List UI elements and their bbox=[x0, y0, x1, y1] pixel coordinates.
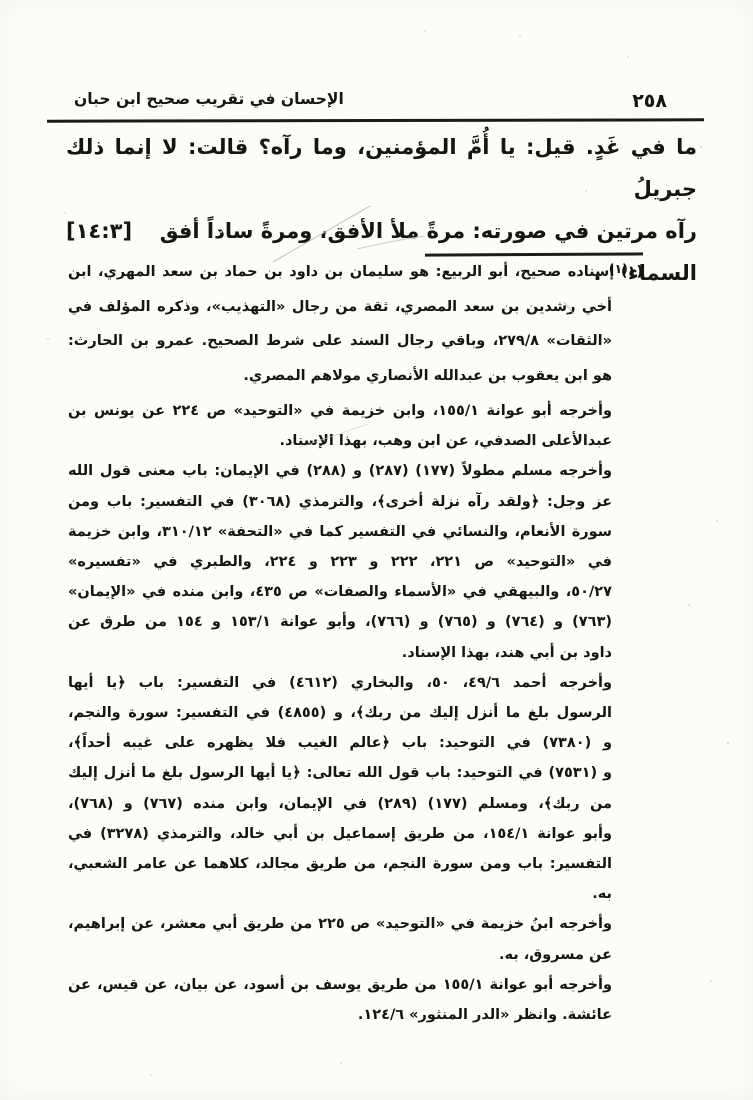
footnote-line: و (٧٣٨٠) في التوحيد: باب ﴿عالم الغيب فلا… bbox=[68, 728, 612, 758]
footnote-line: عن مسروق، به. bbox=[68, 940, 612, 970]
footnote-block: (١) إسناده صحيح، أبو الربيع: هو سليمان ب… bbox=[68, 255, 643, 1030]
footnote-line: و (٧٥٣١) في التوحيد: باب قول الله تعالى:… bbox=[68, 758, 612, 788]
footnote-line: عز وجل: ﴿ولقد رآه نزلة أخرى﴾، والترمذي (… bbox=[68, 487, 612, 517]
footnote-paragraph-3: وأخرجه مسلم مطولاً (١٧٧) (٢٨٧) و (٢٨٨) ف… bbox=[68, 456, 612, 667]
footnote-paragraph-5: وأخرجه ابنُ خزيمة في «التوحيد» ص ٢٢٥ من … bbox=[68, 909, 612, 969]
footnote-paragraph-2: وأخرجه أبو عوانة ١٥٥/١، وابن خزيمة في «ا… bbox=[68, 396, 612, 456]
footnote-line: وأخرجه مسلم مطولاً (١٧٧) (٢٨٧) و (٢٨٨) ف… bbox=[68, 456, 612, 486]
footnote-line: من ربك﴾، ومسلم (١٧٧) (٢٨٩) في الإيمان، و… bbox=[68, 789, 612, 819]
footnote-line: سورة الأنعام، والنسائي في التفسير كما في… bbox=[68, 517, 612, 547]
book-page: الإحسان في تقريب صحيح ابن حبان ٢٥٨ ما في… bbox=[0, 0, 753, 1100]
running-title: الإحسان في تقريب صحيح ابن حبان bbox=[74, 90, 344, 108]
footnote-line: وأخرجه أبو عوانة ١٥٥/١، وابن خزيمة في «ا… bbox=[68, 396, 612, 426]
footnote-line: «الثقات» ٢٧٩/٨، وباقي رجال السند على شرط… bbox=[68, 324, 612, 359]
page-number: ٢٥٨ bbox=[632, 90, 667, 112]
footnote-line: في «التوحيد» ص ٢٢١، ٢٢٢ و ٢٢٣ و ٢٢٤، وال… bbox=[68, 547, 612, 577]
footnote-line: به. bbox=[68, 879, 612, 909]
hadith-line-1: ما في غَدٍ. قيل: يا أُمَّ المؤمنين، وما … bbox=[66, 126, 697, 210]
footnote-line: عبدالأعلى الصدفي، عن ابن وهب، بهذا الإسن… bbox=[68, 426, 612, 456]
footnote-line: عائشة. وانظر «الدر المنثور» ١٢٤/٦. bbox=[68, 1000, 612, 1030]
footnote-paragraph-6: وأخرجه أبو عوانة ١٥٥/١ من طريق يوسف بن أ… bbox=[68, 970, 612, 1030]
footnote-line: الرسول بلغ ما أنزل إليك من ربك﴾، و (٤٨٥٥… bbox=[68, 698, 612, 728]
footnote-paragraph-4: وأخرجه أحمد ٤٩/٦، ٥٠، والبخاري (٤٦١٢) في… bbox=[68, 668, 612, 910]
footnote-paragraph-1: (١) إسناده صحيح، أبو الربيع: هو سليمان ب… bbox=[68, 255, 612, 393]
footnote-line: داود بن أبي هند، بهذا الإسناد. bbox=[68, 638, 612, 668]
footnote-line: وأخرجه أحمد ٤٩/٦، ٥٠، والبخاري (٤٦١٢) في… bbox=[68, 668, 612, 698]
hadith-ref-number: [١٤:٣] bbox=[66, 210, 132, 252]
footnote-line: (٧٦٣) و (٧٦٤) و (٧٦٥) و (٧٦٦)، وأبو عوان… bbox=[68, 607, 612, 637]
footnote-line: (١) إسناده صحيح، أبو الربيع: هو سليمان ب… bbox=[68, 255, 612, 290]
footnote-line: وأخرجه ابنُ خزيمة في «التوحيد» ص ٢٢٥ من … bbox=[68, 909, 612, 939]
header-rule bbox=[47, 118, 704, 122]
footnote-line: وأبو عوانة ١٥٤/١، من طريق إسماعيل بن أبي… bbox=[68, 819, 612, 849]
paper-specks bbox=[0, 0, 2, 2]
footnote-line: هو ابن يعقوب بن عبدالله الأنصاري مولاهم … bbox=[68, 359, 612, 394]
footnote-line: وأخرجه أبو عوانة ١٥٥/١ من طريق يوسف بن أ… bbox=[68, 970, 612, 1000]
footnote-line: التفسير: باب ومن سورة النجم، من طريق مجا… bbox=[68, 849, 612, 879]
footnote-line: أخي رشدين بن سعد المصري، ثقة من رجال «ال… bbox=[68, 290, 612, 325]
footnote-line: ٥٠/٢٧، والبيهقي في «الأسماء والصفات» ص ٤… bbox=[68, 577, 612, 607]
